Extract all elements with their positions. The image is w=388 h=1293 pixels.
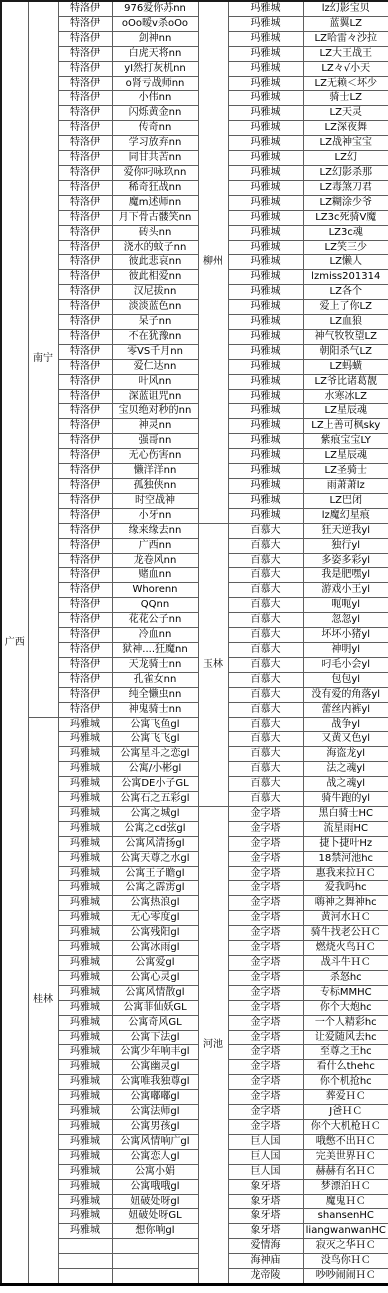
server-left-cell: 特洛伊 — [58, 76, 112, 91]
table-row: 特洛伊龙卷风nn百慕大多姿多彩yl — [1, 553, 388, 568]
server-right-cell: 金字塔 — [228, 1045, 303, 1060]
table-row: 特洛伊淡淡蓝色nn玛雅城爱上了你LZ — [1, 300, 388, 315]
server-right-cell: 象牙塔 — [228, 1194, 303, 1209]
player-right-cell: 游戏小王yl — [303, 583, 388, 598]
server-right-cell: 巨人国 — [228, 1149, 303, 1164]
server-right-cell: 玛雅城 — [228, 374, 303, 389]
table-row: 玛雅城公寓石之五彩gl百慕大骑牛跑的yl — [1, 792, 388, 807]
roster-sheet: 广西南宁特洛伊976爱你苏nn柳州玛雅城lz幻影宝贝特洛伊oOo暧v杀oOo玛雅… — [0, 0, 388, 1293]
server-left-cell: 玛雅城 — [58, 1015, 112, 1030]
player-right-cell: 骑士LZ — [303, 91, 388, 106]
table-row: 特洛伊剑神nn玛雅城LZ哈雷々沙拉 — [1, 31, 388, 46]
table-row: 特洛伊稀奇狂战nn玛雅城LZ毒煞刀君 — [1, 180, 388, 195]
server-left-cell: 特洛伊 — [58, 300, 112, 315]
player-right-cell: 黑白骑士HC — [303, 806, 388, 821]
table-row: 玛雅城公寓星斗之恋gl百慕大海盗龙yl — [1, 747, 388, 762]
player-left-cell: 公寓残阳gl — [112, 926, 198, 941]
server-right-cell: 玛雅城 — [228, 270, 303, 285]
player-left-cell: 砖头nn — [112, 225, 198, 240]
server-right-cell: 玛雅城 — [228, 76, 303, 91]
player-right-cell: 朝阳杀气LZ — [303, 344, 388, 359]
server-left-cell: 特洛伊 — [58, 374, 112, 389]
server-left-cell: 特洛伊 — [58, 255, 112, 270]
table-row: 特洛伊彼此相爱nn玛雅城lzmiss201314 — [1, 270, 388, 285]
player-right-cell: 燃烧火鸟ＨＣ — [303, 941, 388, 956]
player-left-cell: 赌血nn — [112, 568, 198, 583]
table-row: 特洛伊小伟nn玛雅城骑士LZ — [1, 91, 388, 106]
player-left-cell: yI然打灰机nn — [112, 61, 198, 76]
table-row: 龙帝陵吵吵闹闹ＨＣ — [1, 1269, 388, 1285]
table-row: 特洛伊宝贝绝对秒的nn玛雅城LZ星辰魂 — [1, 404, 388, 419]
player-left-cell: 浇水的蚊子nn — [112, 240, 198, 255]
player-right-cell: LZ毒煞刀君 — [303, 180, 388, 195]
server-right-cell: 金字塔 — [228, 806, 303, 821]
player-left-cell: 同甘共苦nn — [112, 151, 198, 166]
server-left-cell: 特洛伊 — [58, 523, 112, 538]
server-right-cell: 玛雅城 — [228, 180, 303, 195]
server-left-cell: 特洛伊 — [58, 1, 112, 16]
server-left-cell — [58, 1254, 112, 1269]
server-left-cell: 特洛伊 — [58, 270, 112, 285]
table-row: 玛雅城公寓飞飞gl百慕大又黄又色yl — [1, 732, 388, 747]
server-left-cell: 玛雅城 — [58, 1030, 112, 1045]
server-right-cell: 金字塔 — [228, 836, 303, 851]
player-right-cell: 赫赫有名ＨＣ — [303, 1164, 388, 1179]
player-right-cell: LZ血狼 — [303, 315, 388, 330]
server-left-cell: 特洛伊 — [58, 419, 112, 434]
server-left-cell: 特洛伊 — [58, 91, 112, 106]
player-right-cell: LZ3c魂 — [303, 225, 388, 240]
player-right-cell: 你个大炮hc — [303, 1000, 388, 1015]
player-left-cell: 孔雀女nn — [112, 672, 198, 687]
player-right-cell: 我是肥嘿yl — [303, 568, 388, 583]
player-right-cell: 你个大机枪ＨＣ — [303, 1119, 388, 1134]
player-left-cell: 无心伤害nn — [112, 449, 198, 464]
player-right-cell: 没鸟你ＨＣ — [303, 1254, 388, 1269]
server-right-cell: 玛雅城 — [228, 285, 303, 300]
player-right-cell: LZ3c死骑V魔 — [303, 210, 388, 225]
player-left-cell: 孤独侠nn — [112, 479, 198, 494]
server-right-cell: 金字塔 — [228, 821, 303, 836]
table-row: 玛雅城想你响gl象牙塔liangwanwanHC — [1, 1224, 388, 1239]
player-left-cell: 公寓天尊之水gl — [112, 851, 198, 866]
player-right-cell: LZ星辰魂 — [303, 404, 388, 419]
player-right-cell: lz魔幻星痕 — [303, 508, 388, 523]
table-row: 特洛伊oOo暧v杀oOo玛雅城蓝翼LZ — [1, 16, 388, 31]
server-left-cell: 玛雅城 — [58, 1000, 112, 1015]
player-left-cell: 淡淡蓝色nn — [112, 300, 198, 315]
player-left-cell: 公寓法师gl — [112, 1105, 198, 1120]
server-left-cell: 玛雅城 — [58, 1045, 112, 1060]
roster-table: 广西南宁特洛伊976爱你苏nn柳州玛雅城lz幻影宝贝特洛伊oOo暧v杀oOo玛雅… — [0, 0, 388, 1286]
server-left-cell: 特洛伊 — [58, 121, 112, 136]
server-right-cell: 玛雅城 — [228, 136, 303, 151]
table-row: 特洛伊无心伤害nn玛雅城LZ星辰魂 — [1, 449, 388, 464]
server-right-cell: 玛雅城 — [228, 240, 303, 255]
player-right-cell: 捷卜捷叶Hz — [303, 836, 388, 851]
table-row: 特洛伊彼此悲哀nn玛雅城LZ懒人 — [1, 255, 388, 270]
player-right-cell: 蓝翼LZ — [303, 16, 388, 31]
server-left-cell: 玛雅城 — [58, 1224, 112, 1239]
server-right-cell: 百慕大 — [228, 568, 303, 583]
server-right-cell: 金字塔 — [228, 911, 303, 926]
table-row: 玛雅城公寓幽灵gl金字塔看什么thehc — [1, 1060, 388, 1075]
table-row: 广西南宁特洛伊976爱你苏nn柳州玛雅城lz幻影宝贝 — [1, 1, 388, 16]
server-left-cell: 特洛伊 — [58, 493, 112, 508]
player-right-cell: 专标MMHC — [303, 985, 388, 1000]
player-right-cell: LZ笑三少 — [303, 240, 388, 255]
player-left-cell: 龙卷风nn — [112, 553, 198, 568]
player-right-cell: LZ圣骑士 — [303, 464, 388, 479]
table-row: 玛雅城公寓天尊之水gl金字塔18禁河池hc — [1, 851, 388, 866]
table-row: 玛雅城公寓DE小子GL百慕大战之魂yl — [1, 777, 388, 792]
server-left-cell: 特洛伊 — [58, 151, 112, 166]
player-left-cell: 妞破处呀gl — [112, 1194, 198, 1209]
city-left-cell: 桂林 — [28, 717, 58, 1284]
server-left-cell: 特洛伊 — [58, 538, 112, 553]
server-left-cell: 玛雅城 — [58, 1060, 112, 1075]
server-right-cell: 爱情海 — [228, 1239, 303, 1254]
server-right-cell: 玛雅城 — [228, 300, 303, 315]
player-right-cell: lz幻影宝贝 — [303, 1, 388, 16]
player-left-cell — [112, 1254, 198, 1269]
server-right-cell: 象牙塔 — [228, 1209, 303, 1224]
player-left-cell: 公寓/小彬gl — [112, 762, 198, 777]
player-left-cell: o肾亏战师nn — [112, 76, 198, 91]
server-right-cell: 百慕大 — [228, 642, 303, 657]
server-right-cell: 巨人国 — [228, 1134, 303, 1149]
server-right-cell: 玛雅城 — [228, 61, 303, 76]
player-right-cell: 坏坏小猪yl — [303, 628, 388, 643]
server-left-cell: 特洛伊 — [58, 136, 112, 151]
server-left-cell: 特洛伊 — [58, 628, 112, 643]
province-cell: 广西 — [1, 1, 28, 1284]
server-left-cell: 玛雅城 — [58, 1134, 112, 1149]
table-row: 特洛伊叶风nn玛雅城LZ爷比诸葛靓 — [1, 374, 388, 389]
player-right-cell: 战之魂yl — [303, 777, 388, 792]
player-left-cell: Whorenn — [112, 583, 198, 598]
player-right-cell: 至尊之王hc — [303, 1045, 388, 1060]
player-left-cell: 稀奇狂战nn — [112, 180, 198, 195]
server-left-cell: 特洛伊 — [58, 359, 112, 374]
table-row: 特洛伊神鬼骑士nn百慕大蕾丝内裤yl — [1, 702, 388, 717]
server-right-cell: 百慕大 — [228, 792, 303, 807]
server-left-cell — [58, 1269, 112, 1285]
player-left-cell: 公寓爱gl — [112, 956, 198, 971]
player-left-cell: 公寓嘟嘟gl — [112, 1090, 198, 1105]
server-left-cell: 特洛伊 — [58, 285, 112, 300]
server-left-cell: 特洛伊 — [58, 225, 112, 240]
server-left-cell: 特洛伊 — [58, 315, 112, 330]
player-right-cell: LZ天灵 — [303, 106, 388, 121]
player-left-cell: 爱你叼咏玖nn — [112, 165, 198, 180]
player-left-cell: 公寓菲仙妖GL — [112, 1000, 198, 1015]
player-right-cell: 忽忽yl — [303, 613, 388, 628]
player-left-cell: 广西nn — [112, 538, 198, 553]
server-left-cell: 特洛伊 — [58, 195, 112, 210]
server-left-cell: 玛雅城 — [58, 926, 112, 941]
player-right-cell: LZ幻影杀那 — [303, 165, 388, 180]
server-right-cell: 百慕大 — [228, 628, 303, 643]
player-left-cell: 小牙nn — [112, 508, 198, 523]
player-right-cell: 完美世界ＨＣ — [303, 1149, 388, 1164]
player-right-cell: 看什么thehc — [303, 1060, 388, 1075]
table-row: 玛雅城妞破处呀gl象牙塔魔鬼ＨＣ — [1, 1194, 388, 1209]
table-row: 特洛伊狱神....狂魔nn百慕大神明yl — [1, 642, 388, 657]
server-right-cell: 百慕大 — [228, 672, 303, 687]
server-left-cell: 玛雅城 — [58, 1209, 112, 1224]
player-right-cell: LZ哈雷々沙拉 — [303, 31, 388, 46]
player-right-cell: 嗨神之舞神hc — [303, 896, 388, 911]
player-left-cell: 零VS千月nn — [112, 344, 198, 359]
server-left-cell: 玛雅城 — [58, 836, 112, 851]
table-row: 玛雅城妞破处呀GL象牙塔shansenHC — [1, 1209, 388, 1224]
server-left-cell: 特洛伊 — [58, 583, 112, 598]
player-left-cell: 无心零度gl — [112, 911, 198, 926]
player-right-cell: 狂天逆我yl — [303, 523, 388, 538]
server-left-cell: 特洛伊 — [58, 106, 112, 121]
server-left-cell: 特洛伊 — [58, 613, 112, 628]
server-right-cell: 百慕大 — [228, 777, 303, 792]
table-row: 特洛伊浇水的蚊子nn玛雅城LZ笑三少 — [1, 240, 388, 255]
server-left-cell: 特洛伊 — [58, 16, 112, 31]
player-right-cell: LZ各个 — [303, 285, 388, 300]
table-row: 特洛伊天龙骑士nn百慕大叼毛小会yl — [1, 657, 388, 672]
table-row: 玛雅城公寓残阳gl金字塔骑牛找老公ＨＣ — [1, 926, 388, 941]
server-left-cell: 玛雅城 — [58, 1105, 112, 1120]
player-left-cell: 公寓奇风GL — [112, 1015, 198, 1030]
server-right-cell: 玛雅城 — [228, 225, 303, 240]
table-row: 特洛伊传奇nn玛雅城LZ深夜舞 — [1, 121, 388, 136]
player-left-cell: 想你响gl — [112, 1224, 198, 1239]
server-left-cell: 特洛伊 — [58, 329, 112, 344]
player-left-cell: 月下骨古髅笑nn — [112, 210, 198, 225]
player-left-cell: 缘来缘去nn — [112, 523, 198, 538]
table-row: 玛雅城公寓之城gl河池金字塔黑白骑士HC — [1, 806, 388, 821]
player-right-cell: 独行yl — [303, 538, 388, 553]
server-right-cell: 玛雅城 — [228, 389, 303, 404]
player-left-cell: 学习放弃nn — [112, 136, 198, 151]
server-left-cell: 玛雅城 — [58, 777, 112, 792]
server-right-cell: 玛雅城 — [228, 434, 303, 449]
player-right-cell: 爱我吗hc — [303, 881, 388, 896]
table-row: 玛雅城公寓下法gl金字塔让爱随风去hc — [1, 1030, 388, 1045]
server-left-cell: 玛雅城 — [58, 881, 112, 896]
server-right-cell: 金字塔 — [228, 926, 303, 941]
player-right-cell: LZ蚂蟥 — [303, 359, 388, 374]
server-right-cell: 玛雅城 — [228, 315, 303, 330]
table-row: 特洛伊孔雀女nn百慕大包包yl — [1, 672, 388, 687]
table-row: 特洛伊深蓝诅咒nn玛雅城水寒冰LZ — [1, 389, 388, 404]
table-row: 特洛伊学习放弃nn玛雅城LZ战神宝宝 — [1, 136, 388, 151]
server-right-cell: 金字塔 — [228, 881, 303, 896]
table-row: 特洛伊爱你叼咏玖nn玛雅城LZ幻影杀那 — [1, 165, 388, 180]
player-right-cell: 海盗龙yl — [303, 747, 388, 762]
table-row: 玛雅城无心零度gl金字塔黄河水ＨＣ — [1, 911, 388, 926]
player-left-cell: 公寓下法gl — [112, 1030, 198, 1045]
table-row: 特洛伊冷血nn百慕大坏坏小猪yl — [1, 628, 388, 643]
server-right-cell: 金字塔 — [228, 1075, 303, 1090]
player-left-cell: 纯全懒虫nn — [112, 687, 198, 702]
player-right-cell: LZ无赖＜坏少 — [303, 76, 388, 91]
server-left-cell: 特洛伊 — [58, 46, 112, 61]
player-left-cell: 公寓DE小子GL — [112, 777, 198, 792]
player-right-cell: 哦憋不出ＨＣ — [303, 1134, 388, 1149]
player-right-cell: 梦漂泊ＨＣ — [303, 1179, 388, 1194]
table-row: 玛雅城公寓爱gl金字塔战斗牛ＨＣ — [1, 956, 388, 971]
city-right-cell: 河池 — [198, 806, 228, 1284]
table-row: 玛雅城公寓之cd弦gl金字塔流星雨HC — [1, 821, 388, 836]
player-left-cell: 公寓风清扬gl — [112, 836, 198, 851]
table-row: 特洛伊yI然打灰机nn玛雅城LZ々√小天 — [1, 61, 388, 76]
player-left-cell: 呆子nn — [112, 315, 198, 330]
player-left-cell: 传奇nn — [112, 121, 198, 136]
table-row: 玛雅城公寓风清扬gl金字塔捷卜捷叶Hz — [1, 836, 388, 851]
server-right-cell: 百慕大 — [228, 687, 303, 702]
server-left-cell: 玛雅城 — [58, 821, 112, 836]
table-row: 爱情海寂灭之华ＨＣ — [1, 1239, 388, 1254]
player-left-cell: 彼此相爱nn — [112, 270, 198, 285]
server-right-cell: 金字塔 — [228, 1030, 303, 1045]
server-right-cell: 玛雅城 — [228, 165, 303, 180]
player-right-cell: LZ深夜舞 — [303, 121, 388, 136]
server-right-cell: 玛雅城 — [228, 479, 303, 494]
server-right-cell: 玛雅城 — [228, 329, 303, 344]
server-left-cell: 特洛伊 — [58, 449, 112, 464]
server-left-cell: 特洛伊 — [58, 404, 112, 419]
server-right-cell: 百慕大 — [228, 583, 303, 598]
server-left-cell: 玛雅城 — [58, 896, 112, 911]
player-left-cell: 公寓热浪gl — [112, 896, 198, 911]
player-left-cell — [112, 1239, 198, 1254]
player-left-cell: 公寓石之五彩gl — [112, 792, 198, 807]
server-left-cell: 玛雅城 — [58, 851, 112, 866]
table-row: 玛雅城公寓嘟嘟gl金字塔葬爱ＨＣ — [1, 1090, 388, 1105]
server-right-cell: 百慕大 — [228, 613, 303, 628]
table-row: 特洛伊强哥nn玛雅城紫痕宝宝LY — [1, 434, 388, 449]
server-right-cell: 玛雅城 — [228, 419, 303, 434]
server-left-cell: 玛雅城 — [58, 806, 112, 821]
table-row: 特洛伊不在犹豫nn玛雅城神气牧牧望LZ — [1, 329, 388, 344]
table-row: 玛雅城公寓少年响丰gl金字塔至尊之王hc — [1, 1045, 388, 1060]
table-row: 海神庙没鸟你ＨＣ — [1, 1254, 388, 1269]
server-left-cell: 玛雅城 — [58, 1149, 112, 1164]
player-right-cell: 蕾丝内裤yl — [303, 702, 388, 717]
server-right-cell: 百慕大 — [228, 702, 303, 717]
server-right-cell: 玛雅城 — [228, 404, 303, 419]
table-row: 玛雅城公寓菲仙妖GL金字塔你个大炮hc — [1, 1000, 388, 1015]
table-row: 特洛伊Whorenn百慕大游戏小王yl — [1, 583, 388, 598]
server-right-cell: 玛雅城 — [228, 31, 303, 46]
server-left-cell: 特洛伊 — [58, 434, 112, 449]
server-right-cell: 百慕大 — [228, 717, 303, 732]
player-right-cell: 没有爱的角落yl — [303, 687, 388, 702]
table-row: 特洛伊白虎天将nn玛雅城LZ大王战王 — [1, 46, 388, 61]
server-left-cell: 玛雅城 — [58, 866, 112, 881]
player-left-cell: QQnn — [112, 598, 198, 613]
server-left-cell: 玛雅城 — [58, 1090, 112, 1105]
server-left-cell: 玛雅城 — [58, 1194, 112, 1209]
player-left-cell: 狱神....狂魔nn — [112, 642, 198, 657]
table-row: 玛雅城公寓风情响广gl巨人国哦憋不出ＨＣ — [1, 1134, 388, 1149]
player-right-cell: 惠我来拉ＨＣ — [303, 866, 388, 881]
table-row: 特洛伊砖头nn玛雅城LZ3c魂 — [1, 225, 388, 240]
table-row: 特洛伊神灵nn玛雅城LZ上善可枫sky — [1, 419, 388, 434]
player-left-cell: 公寓飞飞gl — [112, 732, 198, 747]
server-left-cell: 特洛伊 — [58, 508, 112, 523]
server-right-cell: 玛雅城 — [228, 508, 303, 523]
player-right-cell: 水寒冰LZ — [303, 389, 388, 404]
player-right-cell: liangwanwanHC — [303, 1224, 388, 1239]
player-left-cell: 公寓风情散gl — [112, 985, 198, 1000]
server-left-cell: 特洛伊 — [58, 598, 112, 613]
server-left-cell: 特洛伊 — [58, 702, 112, 717]
player-left-cell: 公寓少年响丰gl — [112, 1045, 198, 1060]
table-row: 特洛伊孤独侠nn玛雅城雨萧萧lz — [1, 479, 388, 494]
player-right-cell: 寂灭之华ＨＣ — [303, 1239, 388, 1254]
player-right-cell: 包包yl — [303, 672, 388, 687]
player-left-cell: 彼此悲哀nn — [112, 255, 198, 270]
table-row: 玛雅城公寓冰雨gl金字塔燃烧火鸟ＨＣ — [1, 941, 388, 956]
player-right-cell: LZ星辰魂 — [303, 449, 388, 464]
player-left-cell: 闪烁黄金nn — [112, 106, 198, 121]
player-right-cell: 杀怒hc — [303, 970, 388, 985]
server-right-cell: 金字塔 — [228, 985, 303, 1000]
server-right-cell: 玛雅城 — [228, 359, 303, 374]
player-right-cell: lzmiss201314 — [303, 270, 388, 285]
table-row: 玛雅城公寓/小彬gl百慕大法之魂yl — [1, 762, 388, 777]
table-row: 特洛伊o肾亏战师nn玛雅城LZ无赖＜坏少 — [1, 76, 388, 91]
player-left-cell: 公寓恋人gl — [112, 1149, 198, 1164]
table-row: 特洛伊汉尼拔nn玛雅城LZ各个 — [1, 285, 388, 300]
server-right-cell: 玛雅城 — [228, 344, 303, 359]
server-left-cell: 特洛伊 — [58, 479, 112, 494]
server-right-cell: 金字塔 — [228, 1060, 303, 1075]
table-row: 玛雅城公寓男孩gl金字塔你个大机枪ＨＣ — [1, 1119, 388, 1134]
server-left-cell: 特洛伊 — [58, 344, 112, 359]
server-right-cell: 龙帝陵 — [228, 1269, 303, 1285]
player-right-cell: 你个机抢hc — [303, 1075, 388, 1090]
player-left-cell — [112, 1269, 198, 1285]
server-right-cell: 金字塔 — [228, 1090, 303, 1105]
player-right-cell: shansenHC — [303, 1209, 388, 1224]
player-left-cell: 爱仁达nn — [112, 359, 198, 374]
table-row: 特洛伊广西nn百慕大独行yl — [1, 538, 388, 553]
player-left-cell: 叶风nn — [112, 374, 198, 389]
table-row: 特洛伊懒洋洋nn玛雅城LZ圣骑士 — [1, 464, 388, 479]
table-row: 特洛伊纯全懒虫nn百慕大没有爱的角落yl — [1, 687, 388, 702]
player-right-cell: 神明yl — [303, 642, 388, 657]
server-right-cell: 金字塔 — [228, 941, 303, 956]
table-row: 特洛伊魔m述师nn玛雅城LZ糊涂少爷 — [1, 195, 388, 210]
player-left-cell: 魔m述师nn — [112, 195, 198, 210]
player-right-cell: 骑牛跑的yl — [303, 792, 388, 807]
player-left-cell: 小伟nn — [112, 91, 198, 106]
player-left-cell: 公寓冰雨gl — [112, 941, 198, 956]
city-right-cell: 柳州 — [198, 1, 228, 523]
player-left-cell: 剑神nn — [112, 31, 198, 46]
server-right-cell: 巨人国 — [228, 1164, 303, 1179]
player-right-cell: 流星雨HC — [303, 821, 388, 836]
player-left-cell: 汉尼拔nn — [112, 285, 198, 300]
server-right-cell: 金字塔 — [228, 896, 303, 911]
player-right-cell: 黄河水ＨＣ — [303, 911, 388, 926]
table-row: 玛雅城公寓哦哦gl象牙塔梦漂泊ＨＣ — [1, 1179, 388, 1194]
server-left-cell: 玛雅城 — [58, 970, 112, 985]
player-left-cell: 神灵nn — [112, 419, 198, 434]
table-row: 玛雅城公寓风情散gl金字塔专标MMHC — [1, 985, 388, 1000]
table-row: 特洛伊小牙nn玛雅城lz魔幻星痕 — [1, 508, 388, 523]
